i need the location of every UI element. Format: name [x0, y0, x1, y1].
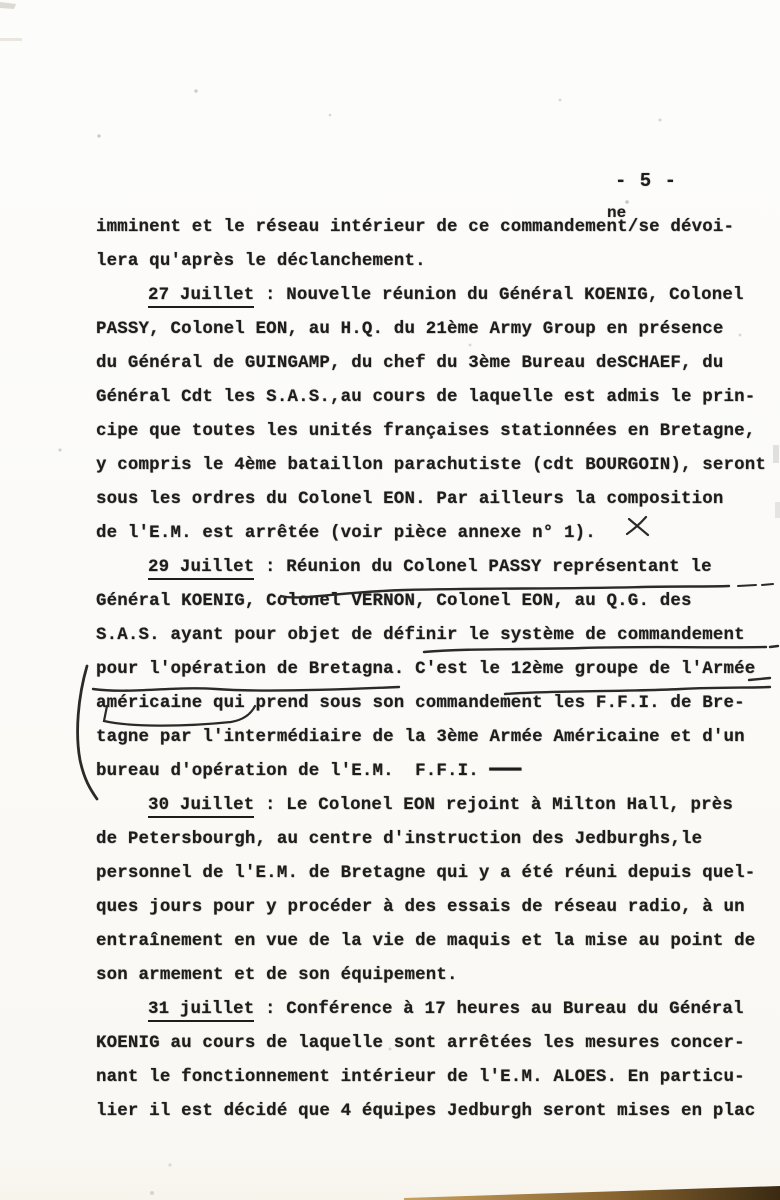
text-line: de Petersbourgh, au centre d'instruction… [96, 823, 780, 857]
page-number: - 5 - [615, 171, 677, 191]
text-segment: : Conférence à 17 heures au Bureau du Gé… [254, 1000, 743, 1019]
text-segment: S.A.S. ayant pour objet de définir le sy… [96, 626, 745, 645]
paragraph: imminent et le réseau intérieur de ce co… [96, 211, 780, 279]
text-line: cipe que toutes les unités françaises st… [96, 415, 780, 449]
text-line: bureau d'opération de l'E.M. F.F.I. ━━━ [96, 755, 780, 789]
scan-edge-band [404, 1186, 780, 1200]
text-segment: : Nouvelle réunion du Général KOENIG, Co… [254, 286, 743, 305]
text-segment: cipe que toutes les unités françaises st… [96, 422, 755, 441]
date-heading: 31 juillet [148, 1000, 254, 1022]
text-line: tagne par l'intermédiaire de la 3ème Arm… [96, 721, 780, 755]
text-line: Général Cdt les S.A.S.,au cours de laque… [96, 381, 780, 415]
text-segment: y compris le 4ème bataillon parachutiste… [96, 456, 766, 475]
text-segment: bureau d'opération de l'E.M. F.F.I. ━━━ [96, 762, 522, 781]
text-line: sous les ordres du Colonel EON. Par aill… [96, 483, 780, 517]
date-heading: 30 Juillet [148, 796, 254, 818]
text-line: S.A.S. ayant pour objet de définir le sy… [96, 619, 780, 653]
text-segment: : Réunion du Colonel PASSY représentant … [254, 558, 711, 577]
text-line: personnel de l'E.M. de Bretagne qui y a … [96, 857, 780, 891]
text-segment: ques jours pour y procéder à des essais … [96, 898, 745, 917]
text-line: du Général de GUINGAMP, du chef du 3ème … [96, 347, 780, 381]
text-segment: nant le fonctionnement intérieur de l'E.… [96, 1068, 745, 1087]
scanned-document-page: - 5 - ne imminent et le réseau intérieur… [0, 0, 780, 1200]
text-line: de l'E.M. est arrêtée (voir pièce annexe… [96, 517, 780, 551]
text-segment: américaine qui prend sous son commandeme… [96, 694, 745, 713]
scan-corner-line [0, 38, 22, 41]
text-segment: personnel de l'E.M. de Bretagne qui y a … [96, 864, 755, 883]
text-segment: : Le Colonel EON rejoint à Milton Hall, … [254, 796, 733, 815]
text-line: KOENIG au cours de laquelle sont arrêtée… [96, 1027, 780, 1061]
text-segment: tagne par l'intermédiaire de la 3ème Arm… [96, 728, 745, 747]
text-line: américaine qui prend sous son commandeme… [96, 687, 780, 721]
text-segment: pour l'opération de Bretagna. C'est le 1… [96, 660, 755, 679]
text-line: 30 Juillet : Le Colonel EON rejoint à Mi… [96, 789, 780, 823]
text-line: lier il est décidé que 4 équipes Jedburg… [96, 1095, 780, 1129]
text-line: lera qu'après le déclanchement. [96, 245, 780, 279]
paragraph: 30 Juillet : Le Colonel EON rejoint à Mi… [96, 789, 780, 993]
paragraph: 29 Juillet : Réunion du Colonel PASSY re… [96, 551, 780, 789]
text-segment: sous les ordres du Colonel EON. Par aill… [96, 490, 724, 509]
text-segment: lier il est décidé que 4 équipes Jedburg… [96, 1102, 755, 1121]
text-segment: PASSY, Colonel EON, au H.Q. du 21ème Arm… [96, 320, 724, 339]
text-line: imminent et le réseau intérieur de ce co… [96, 211, 780, 245]
text-segment: lera qu'après le déclanchement. [96, 252, 426, 271]
date-heading: 29 Juillet [148, 558, 254, 580]
text-line: entraînement en vue de la vie de maquis … [96, 925, 780, 959]
text-line: 31 juillet : Conférence à 17 heures au B… [96, 993, 780, 1027]
text-segment: KOENIG au cours de laquelle sont arrêtée… [96, 1034, 745, 1053]
text-line: Général KOENIG, Colonel VERNON, Colonel … [96, 585, 780, 619]
text-line: PASSY, Colonel EON, au H.Q. du 21ème Arm… [96, 313, 780, 347]
text-line: son armement et de son équipement. [96, 959, 780, 993]
text-segment: imminent et le réseau intérieur de ce co… [96, 218, 734, 237]
text-segment: son armement et de son équipement. [96, 966, 458, 985]
text-line: nant le fonctionnement intérieur de l'E.… [96, 1061, 780, 1095]
text-segment: Général Cdt les S.A.S.,au cours de laque… [96, 388, 755, 407]
text-line: y compris le 4ème bataillon parachutiste… [96, 449, 780, 483]
text-segment: de Petersbourgh, au centre d'instruction… [96, 830, 702, 849]
text-line: pour l'opération de Bretagna. C'est le 1… [96, 653, 780, 687]
document-body: imminent et le réseau intérieur de ce co… [96, 211, 780, 1129]
text-segment: du Général de GUINGAMP, du chef du 3ème … [96, 354, 724, 373]
text-line: 29 Juillet : Réunion du Colonel PASSY re… [96, 551, 780, 585]
text-segment: de l'E.M. est arrêtée (voir pièce annexe… [96, 524, 596, 543]
text-segment: Général KOENIG, Colonel VERNON, Colonel … [96, 592, 692, 611]
text-line: ques jours pour y procéder à des essais … [96, 891, 780, 925]
date-heading: 27 Juillet [148, 286, 254, 308]
scan-corner-mark [0, 2, 16, 9]
paragraph: 27 Juillet : Nouvelle réunion du Général… [96, 279, 780, 551]
text-line: 27 Juillet : Nouvelle réunion du Général… [96, 279, 780, 313]
paragraph: 31 juillet : Conférence à 17 heures au B… [96, 993, 780, 1129]
text-segment: entraînement en vue de la vie de maquis … [96, 932, 755, 951]
margin-bracket-mark [78, 666, 97, 799]
